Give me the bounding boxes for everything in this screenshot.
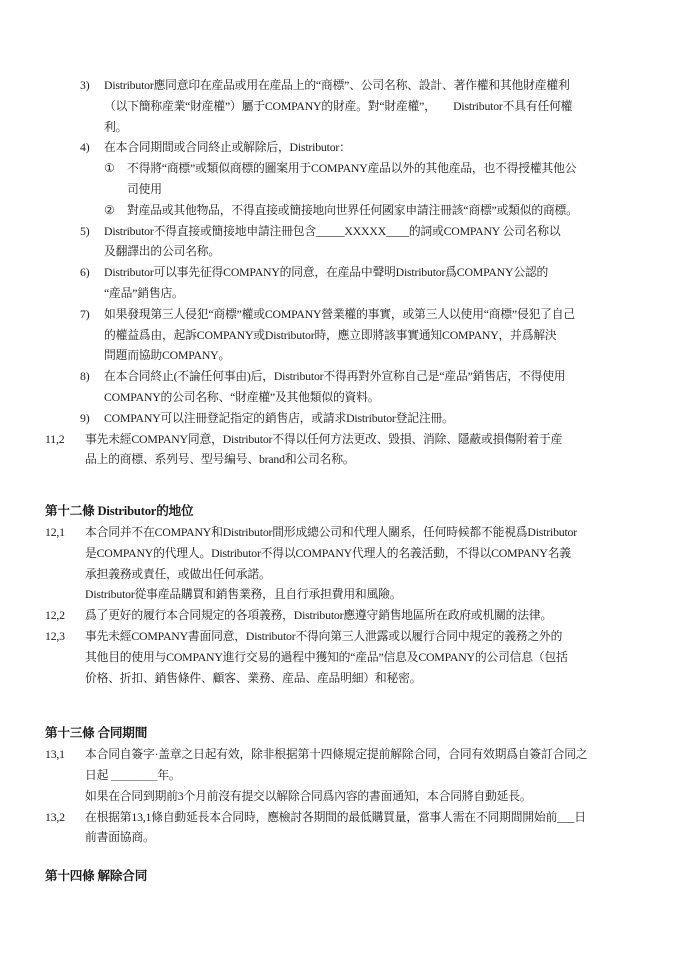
spacer — [0, 470, 680, 501]
item-marker: 12,2 — [45, 605, 85, 626]
clause-line: 本合同自簽字·盖章之日起有效，除非根据第十四條規定提前解除合同，合同有效期爲自簽… — [85, 744, 680, 765]
item-marker: 12,3 — [45, 626, 85, 647]
item-marker: 6) — [80, 262, 104, 283]
item-marker: ② — [104, 200, 127, 221]
clause-text: 在本合同期間或合同終止或解除后，Distributor： — [104, 137, 680, 158]
clause-line: 如果發現第三人侵犯“商標”權或COMPANY營業權的事實，或第三人以使用“商標”… — [104, 304, 680, 325]
clause-item: 8)在本合同終止(不論任何事由)后，Distributor不得再對外宣称自己是“… — [0, 366, 680, 408]
clause-line: Distributor應同意印在産品或用在産品上的“商標”、公司名称、設計、著作… — [104, 75, 680, 96]
item-marker: 9) — [80, 408, 104, 429]
spacer — [0, 688, 680, 723]
section-clause: 12,3事先未經COMPANY書面同意，Distributor不得向第三人泄露或… — [0, 626, 680, 688]
clause-line: 价格、折扣、銷售條件、顧客、業務、産品、産品明細）和秘密。 — [85, 668, 680, 689]
clause-line: 品上的商標、系列号、型号編号、brand和公司名称。 — [85, 449, 680, 470]
clause-text: 在根据第13,1條自動延長本合同時，應檢討各期間的最低購買量，當事人需在不同期間… — [85, 807, 680, 849]
clause-item: 9)COMPANY可以注冊登記指定的銷售店，或請求Distributor登記注冊… — [0, 408, 680, 429]
clause-text: Distributor不得直接或簡接地申請注冊包含_____XXXXX____的… — [104, 221, 680, 263]
clause-text: 本合同并不在COMPANY和Distributor間形成總公司和代理人關系，任何… — [85, 522, 680, 605]
clause-text: 爲了更好的履行本合同規定的各項義務，Distributor應遵守銷售地區所在政府… — [85, 605, 680, 626]
clause-line: 對産品或其他物品，不得直接或簡接地向世界任何國家申請注冊該“商標”或類似的商標。 — [127, 200, 680, 221]
clause-line: 利。 — [104, 117, 680, 138]
item-marker: 13,2 — [45, 807, 85, 828]
clause-line: 事先未經COMPANY書面同意，Distributor不得向第三人泄露或以履行合… — [85, 626, 680, 647]
section-clause: 11,2事先未經COMPANY同意，Distributor不得以任何方法更改、毀… — [0, 429, 680, 471]
item-marker: 3) — [80, 75, 104, 96]
section-heading: 第十二條 Distributor的地位 — [0, 501, 680, 522]
section-clause: 13,1本合同自簽字·盖章之日起有效，除非根据第十四條規定提前解除合同，合同有效… — [0, 744, 680, 806]
clause-line: 承担義務或責任，或做出任何承諾。 — [85, 564, 680, 585]
clause-line: 在本合同期間或合同終止或解除后，Distributor： — [104, 137, 680, 158]
clause-line: 前書面協商。 — [85, 827, 680, 848]
section-heading: 第十四條 解除合同 — [0, 866, 680, 887]
clause-line: 不得將“商標”或類似商標的圖案用于COMPANY産品以外的其他産品，也不得授權其… — [127, 158, 680, 179]
clause-line: 本合同并不在COMPANY和Distributor間形成總公司和代理人關系，任何… — [85, 522, 680, 543]
clause-line: Distributor不得直接或簡接地申請注冊包含_____XXXXX____的… — [104, 221, 680, 242]
document-page: 3)Distributor應同意印在産品或用在産品上的“商標”、公司名称、設計、… — [0, 0, 680, 962]
clause-item: 6)Distributor可以事先征得COMPANY的同意，在産品中聲明Dist… — [0, 262, 680, 304]
item-marker: 4) — [80, 137, 104, 158]
clause-text: 不得將“商標”或類似商標的圖案用于COMPANY産品以外的其他産品，也不得授權其… — [127, 158, 680, 200]
item-marker: 13,1 — [45, 744, 85, 765]
clause-line: 事先未經COMPANY同意，Distributor不得以任何方法更改、毀損、消除… — [85, 429, 680, 450]
clause-line: COMPANY可以注冊登記指定的銷售店，或請求Distributor登記注冊。 — [104, 408, 680, 429]
section-clause: 12,2爲了更好的履行本合同規定的各項義務，Distributor應遵守銷售地區… — [0, 605, 680, 626]
item-marker: ① — [104, 158, 127, 179]
clause-line: 司使用 — [127, 179, 680, 200]
clause-text: 事先未經COMPANY同意，Distributor不得以任何方法更改、毀損、消除… — [85, 429, 680, 471]
clause-line: 及翻譯出的公司名称。 — [104, 241, 680, 262]
section-clause: 12,1本合同并不在COMPANY和Distributor間形成總公司和代理人關… — [0, 522, 680, 605]
item-marker: 5) — [80, 221, 104, 242]
clause-item: 3)Distributor應同意印在産品或用在産品上的“商標”、公司名称、設計、… — [0, 75, 680, 137]
clause-line: 如果在合同到期前3个月前沒有提交以解除合同爲內容的書面通知，本合同將自動延長。 — [85, 786, 680, 807]
clause-line: 是COMPANY的代理人。Distributor不得以COMPANY代理人的名義… — [85, 543, 680, 564]
clause-line: Distributor從事産品購買和銷售業務，且自行承担費用和風險。 — [85, 584, 680, 605]
clause-item: 7)如果發現第三人侵犯“商標”權或COMPANY營業權的事實，或第三人以使用“商… — [0, 304, 680, 366]
clause-text: 如果發現第三人侵犯“商標”權或COMPANY營業權的事實，或第三人以使用“商標”… — [104, 304, 680, 366]
section-heading: 第十三條 合同期間 — [0, 723, 680, 744]
item-marker: 7) — [80, 304, 104, 325]
clause-line: “産品”銷售店。 — [104, 283, 680, 304]
item-marker: 12,1 — [45, 522, 85, 543]
clause-line: 在根据第13,1條自動延長本合同時，應檢討各期間的最低購買量，當事人需在不同期間… — [85, 807, 680, 828]
clause-text: COMPANY可以注冊登記指定的銷售店，或請求Distributor登記注冊。 — [104, 408, 680, 429]
clause-line: 的權益爲由，起訴COMPANY或Distributor時，應立即將該事實通知CO… — [104, 325, 680, 346]
section-clause: 13,2在根据第13,1條自動延長本合同時，應檢討各期間的最低購買量，當事人需在… — [0, 807, 680, 849]
clause-text: Distributor應同意印在産品或用在産品上的“商標”、公司名称、設計、著作… — [104, 75, 680, 137]
clause-item: 5)Distributor不得直接或簡接地申請注冊包含_____XXXXX___… — [0, 221, 680, 263]
clause-text: 本合同自簽字·盖章之日起有效，除非根据第十四條規定提前解除合同，合同有效期爲自簽… — [85, 744, 680, 806]
item-marker: 11,2 — [45, 429, 85, 450]
clause-line: 在本合同終止(不論任何事由)后，Distributor不得再對外宣称自己是“産品… — [104, 366, 680, 387]
clause-line: COMPANY的公司名称、“財産權”及其他類似的資料。 — [104, 387, 680, 408]
clause-subitem: ①不得將“商標”或類似商標的圖案用于COMPANY産品以外的其他産品，也不得授權… — [0, 158, 680, 200]
clause-text: Distributor可以事先征得COMPANY的同意，在産品中聲明Distri… — [104, 262, 680, 304]
clause-item: 4)在本合同期間或合同終止或解除后，Distributor： — [0, 137, 680, 158]
clause-text: 事先未經COMPANY書面同意，Distributor不得向第三人泄露或以履行合… — [85, 626, 680, 688]
clause-text: 對産品或其他物品，不得直接或簡接地向世界任何國家申請注冊該“商標”或類似的商標。 — [127, 200, 680, 221]
item-marker: 8) — [80, 366, 104, 387]
clause-line: Distributor可以事先征得COMPANY的同意，在産品中聲明Distri… — [104, 262, 680, 283]
spacer — [0, 848, 680, 866]
clause-subitem: ②對産品或其他物品，不得直接或簡接地向世界任何國家申請注冊該“商標”或類似的商標… — [0, 200, 680, 221]
clause-line: 爲了更好的履行本合同規定的各項義務，Distributor應遵守銷售地區所在政府… — [85, 605, 680, 626]
clause-line: 問題而協助COMPANY。 — [104, 345, 680, 366]
clause-line: 日起 ＿＿＿＿年。 — [85, 765, 680, 786]
clause-line: 其他目的使用与COMPANY進行交易的過程中獲知的“産品”信息及COMPANY的… — [85, 647, 680, 668]
clause-text: 在本合同終止(不論任何事由)后，Distributor不得再對外宣称自己是“産品… — [104, 366, 680, 408]
clause-line: （以下簡称産業“財産權”）屬于COMPANY的財産。對“財産權”， Distri… — [104, 96, 680, 117]
